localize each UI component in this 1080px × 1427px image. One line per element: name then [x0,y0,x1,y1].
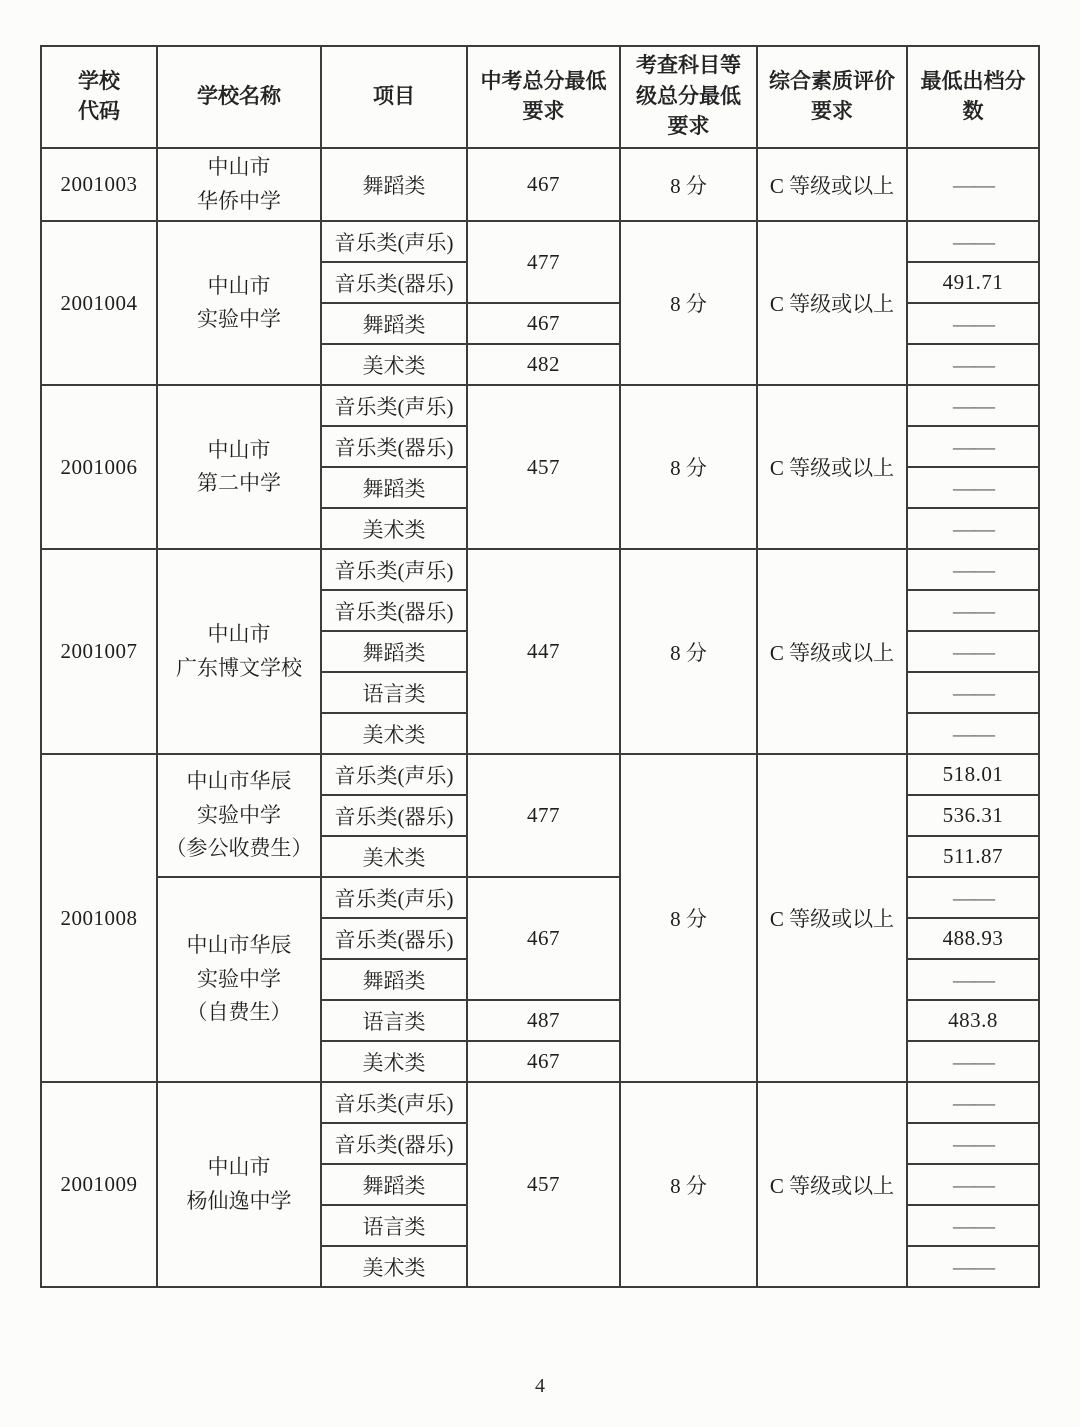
program-cell: 舞蹈类 [321,467,467,508]
school-code-cell: 2001007 [41,549,157,754]
school-name-cell: 中山市 华侨中学 [157,148,321,221]
school-name-cell: 中山市华辰 实验中学 （自费生） [157,877,321,1082]
program-cell: 语言类 [321,1000,467,1041]
grade-requirement-cell: 8 分 [620,385,757,549]
quality-requirement-cell: C 等级或以上 [757,549,907,754]
table-row: 2001003 中山市 华侨中学 舞蹈类 467 8 分 C 等级或以上 —— [41,148,1039,221]
file-score-cell: —— [907,221,1039,262]
file-score-cell: —— [907,549,1039,590]
school-name-cell: 中山市 广东博文学校 [157,549,321,754]
file-score-cell: —— [907,713,1039,754]
min-total-cell: 477 [467,754,620,877]
quality-requirement-cell: C 等级或以上 [757,1082,907,1287]
grade-requirement-cell: 8 分 [620,549,757,754]
table-row: 2001006 中山市 第二中学 音乐类(声乐) 457 8 分 C 等级或以上… [41,385,1039,426]
program-cell: 美术类 [321,836,467,877]
document-page: 学校 代码 学校名称 项目 中考总分最低 要求 考查科目等 级总分最低 要求 综… [0,0,1080,1427]
file-score-cell: —— [907,1246,1039,1287]
school-code-cell: 2001004 [41,221,157,385]
file-score-cell: —— [907,672,1039,713]
grade-requirement-cell: 8 分 [620,754,757,1082]
program-cell: 音乐类(器乐) [321,426,467,467]
grade-requirement-cell: 8 分 [620,221,757,385]
admission-score-table: 学校 代码 学校名称 项目 中考总分最低 要求 考查科目等 级总分最低 要求 综… [40,45,1040,1288]
header-min-total: 中考总分最低 要求 [467,46,620,148]
program-cell: 音乐类(声乐) [321,385,467,426]
program-cell: 美术类 [321,1041,467,1082]
min-total-cell: 482 [467,344,620,385]
file-score-cell: —— [907,1164,1039,1205]
min-total-cell: 477 [467,221,620,303]
quality-requirement-cell: C 等级或以上 [757,385,907,549]
file-score-cell: —— [907,1123,1039,1164]
file-score-cell: 518.01 [907,754,1039,795]
header-row: 学校 代码 学校名称 项目 中考总分最低 要求 考查科目等 级总分最低 要求 综… [41,46,1039,148]
program-cell: 美术类 [321,508,467,549]
file-score-cell: 491.71 [907,262,1039,303]
quality-requirement-cell: C 等级或以上 [757,221,907,385]
school-code-cell: 2001008 [41,754,157,1082]
file-score-cell: 488.93 [907,918,1039,959]
file-score-cell: —— [907,426,1039,467]
school-name-cell: 中山市 实验中学 [157,221,321,385]
table-row: 2001009 中山市 杨仙逸中学 音乐类(声乐) 457 8 分 C 等级或以… [41,1082,1039,1123]
file-score-cell: —— [907,344,1039,385]
file-score-cell: 511.87 [907,836,1039,877]
program-cell: 美术类 [321,713,467,754]
header-min-file-score: 最低出档分数 [907,46,1039,148]
grade-requirement-cell: 8 分 [620,1082,757,1287]
file-score-cell: —— [907,959,1039,1000]
file-score-cell: —— [907,1205,1039,1246]
program-cell: 音乐类(声乐) [321,1082,467,1123]
program-cell: 美术类 [321,344,467,385]
program-cell: 音乐类(器乐) [321,918,467,959]
header-school-code: 学校 代码 [41,46,157,148]
program-cell: 语言类 [321,672,467,713]
program-cell: 音乐类(声乐) [321,549,467,590]
table-row: 2001007 中山市 广东博文学校 音乐类(声乐) 447 8 分 C 等级或… [41,549,1039,590]
school-name-cell: 中山市 第二中学 [157,385,321,549]
file-score-cell: —— [907,385,1039,426]
min-total-cell: 467 [467,1041,620,1082]
school-code-cell: 2001003 [41,148,157,221]
min-total-cell: 467 [467,877,620,1000]
header-quality: 综合素质评价 要求 [757,46,907,148]
quality-requirement-cell: C 等级或以上 [757,148,907,221]
quality-requirement-cell: C 等级或以上 [757,754,907,1082]
page-number: 4 [0,1375,1080,1398]
file-score-cell: —— [907,590,1039,631]
school-name-cell: 中山市华辰 实验中学 （参公收费生） [157,754,321,877]
program-cell: 语言类 [321,1205,467,1246]
program-cell: 音乐类(声乐) [321,754,467,795]
program-cell: 音乐类(器乐) [321,795,467,836]
file-score-cell: —— [907,148,1039,221]
table-row: 2001004 中山市 实验中学 音乐类(声乐) 477 8 分 C 等级或以上… [41,221,1039,262]
header-school-name: 学校名称 [157,46,321,148]
file-score-cell: —— [907,877,1039,918]
school-code-cell: 2001006 [41,385,157,549]
min-total-cell: 467 [467,303,620,344]
file-score-cell: —— [907,508,1039,549]
program-cell: 音乐类(器乐) [321,262,467,303]
min-total-cell: 487 [467,1000,620,1041]
min-total-cell: 457 [467,385,620,549]
program-cell: 美术类 [321,1246,467,1287]
min-total-cell: 467 [467,148,620,221]
file-score-cell: —— [907,467,1039,508]
file-score-cell: 483.8 [907,1000,1039,1041]
program-cell: 音乐类(声乐) [321,877,467,918]
file-score-cell: —— [907,631,1039,672]
program-cell: 音乐类(器乐) [321,1123,467,1164]
program-cell: 舞蹈类 [321,959,467,1000]
file-score-cell: —— [907,303,1039,344]
file-score-cell: —— [907,1082,1039,1123]
table-row: 2001008 中山市华辰 实验中学 （参公收费生） 音乐类(声乐) 477 8… [41,754,1039,795]
header-program: 项目 [321,46,467,148]
min-total-cell: 447 [467,549,620,754]
program-cell: 音乐类(声乐) [321,221,467,262]
program-cell: 音乐类(器乐) [321,590,467,631]
header-subject-grade: 考查科目等 级总分最低 要求 [620,46,757,148]
program-cell: 舞蹈类 [321,631,467,672]
grade-requirement-cell: 8 分 [620,148,757,221]
program-cell: 舞蹈类 [321,303,467,344]
min-total-cell: 457 [467,1082,620,1287]
file-score-cell: —— [907,1041,1039,1082]
school-code-cell: 2001009 [41,1082,157,1287]
school-name-cell: 中山市 杨仙逸中学 [157,1082,321,1287]
program-cell: 舞蹈类 [321,148,467,221]
program-cell: 舞蹈类 [321,1164,467,1205]
file-score-cell: 536.31 [907,795,1039,836]
